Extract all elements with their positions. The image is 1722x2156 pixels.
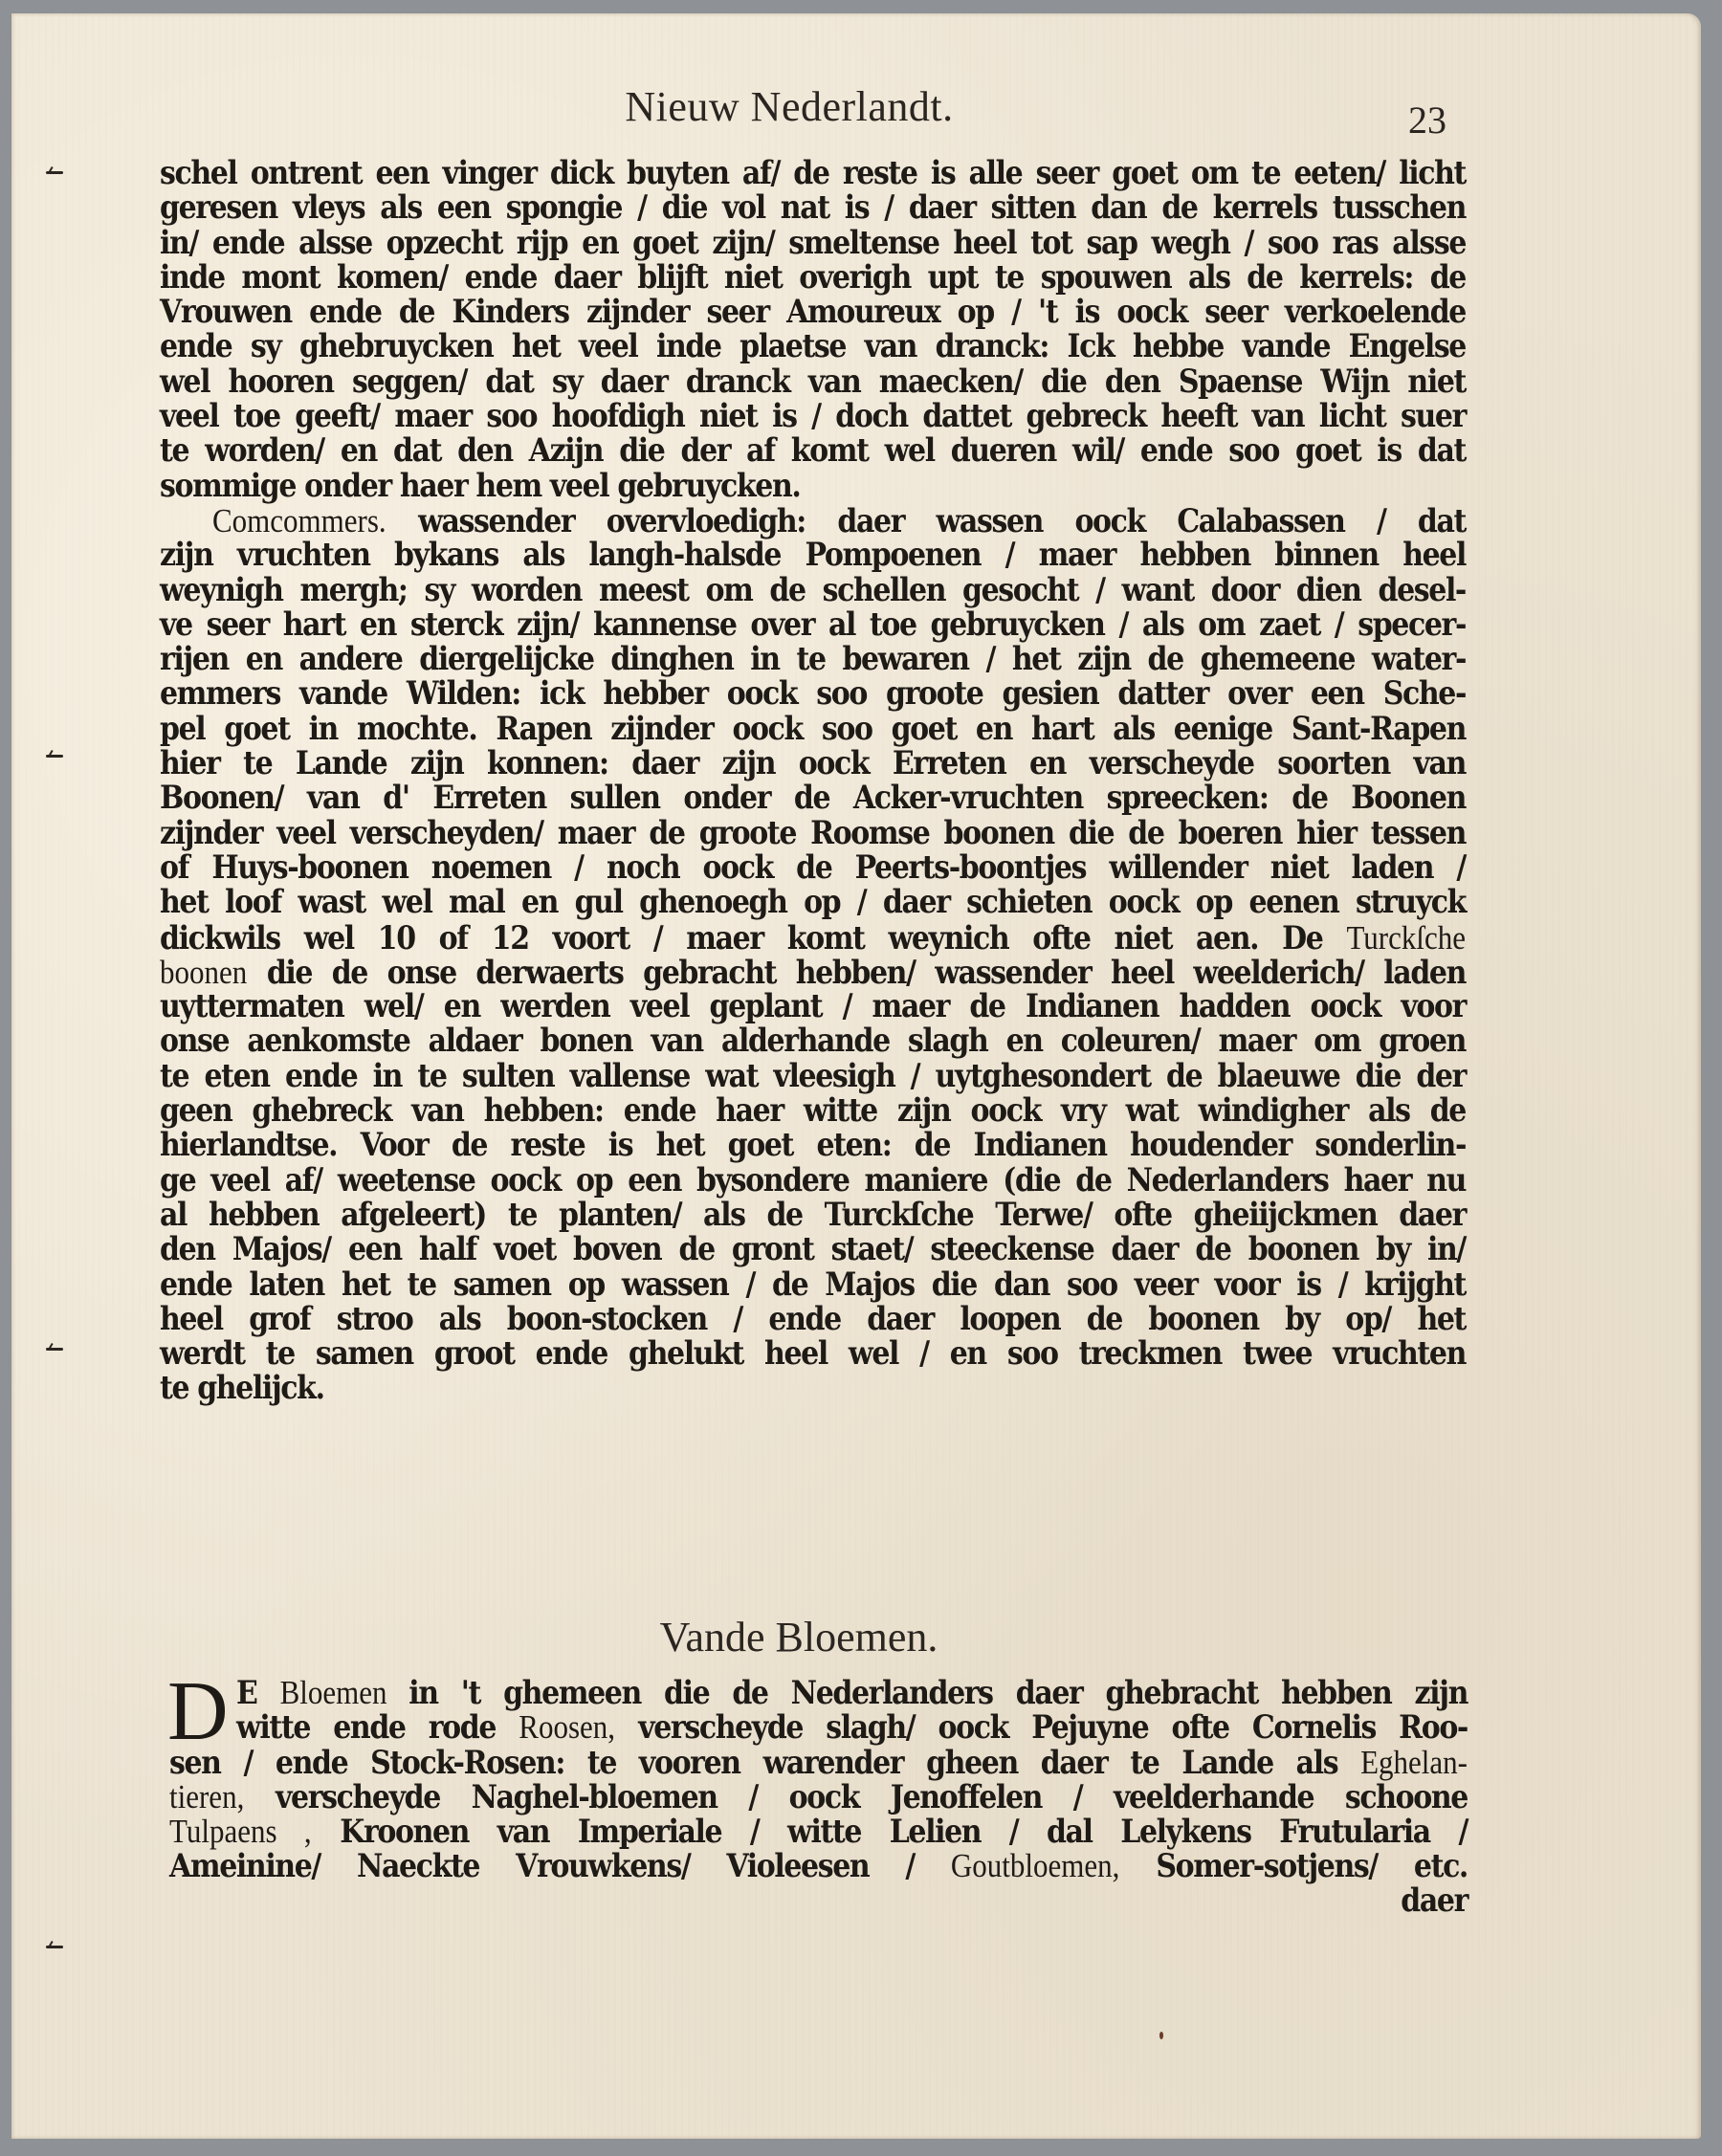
margin-pointer-icon	[46, 171, 63, 174]
text-line: al hebben afgeleert) te planten/ als de …	[160, 1197, 1466, 1236]
section-title: Vande Bloemen.	[660, 1614, 938, 1661]
text-line: geen ghebreck van hebben: ende haer witt…	[160, 1092, 1466, 1132]
flowers-paragraph: D E Bloemen in 't ghemeen die de Nederla…	[169, 1676, 1468, 1919]
paper-speck	[1159, 2032, 1163, 2039]
text-line: Ameinine/ Naeckte Vrouwkens/ Violeesen /…	[169, 1847, 1468, 1886]
text-line: hier te Lande zijn konnen: daer zijn ooc…	[160, 745, 1466, 784]
text-span: verscheyde Naghel-bloemen / oock Jenoffe…	[244, 1779, 1468, 1816]
text-line: E Bloemen in 't ghemeen die de Nederland…	[169, 1674, 1468, 1713]
text-line: pel goet in mochte. Rapen zijnder oock s…	[160, 711, 1466, 750]
text-span: wassender overvloedigh: daer wassen oock…	[418, 503, 1466, 540]
text-line: witte ende rode Roosen, verscheyde slagh…	[169, 1708, 1468, 1748]
text-line: rijen en andere diergelijcke dinghen in …	[160, 641, 1466, 680]
text-line: of Huys-boonen noemen / noch oock de Pee…	[160, 849, 1466, 889]
roman-term: Goutbloemen,	[951, 1847, 1120, 1884]
text-span: sen / ende Stock-Rosen: te vooren warend…	[169, 1745, 1360, 1782]
text-line: tieren, verscheyde Naghel-bloemen / oock…	[169, 1778, 1468, 1817]
text-line: Boonen/ van d' Erreten sullen onder de A…	[160, 780, 1466, 819]
text-line: emmers vande Wilden: ick hebber oock soo…	[160, 675, 1466, 715]
text-span: Ameinine/ Naeckte Vrouwkens/ Violeesen /	[169, 1848, 951, 1885]
section-heading: Vande Bloemen.	[11, 1613, 1701, 1661]
text-line: boonen die de onse derwaerts gebracht he…	[160, 954, 1466, 993]
text-line: ende laten het te samen op wassen / de M…	[160, 1265, 1466, 1305]
text-span: witte ende rode	[236, 1709, 519, 1747]
text-line: geresen vleys als een spongie / die vol …	[160, 189, 1466, 229]
text-line: in/ ende alsse opzecht rijp en goet zijn…	[160, 224, 1466, 263]
text-line: weynigh mergh; sy worden meest om de sch…	[160, 571, 1466, 610]
text-line: te worden/ en dat den Azijn die der af k…	[160, 432, 1466, 472]
text-span: De	[1282, 919, 1322, 957]
text-line: dickwils wel 10 of 12 voort / maer komt …	[160, 918, 1466, 957]
text-line: zijnder veel verscheyden/ maer de groote…	[160, 814, 1466, 853]
text-line: zijn vruchten bykans als langh-halsde Po…	[160, 537, 1466, 576]
roman-term: Turckſche	[1346, 918, 1466, 956]
roman-term: Roosen,	[519, 1708, 615, 1746]
book-page: Nieuw Nederlandt. 23 schel ontrent een v…	[11, 13, 1701, 2139]
roman-term: Bloemen	[280, 1674, 409, 1711]
text-line: te ghelijck.	[160, 1370, 1466, 1409]
roman-term: Tulpaens ,	[169, 1813, 312, 1850]
text-span: verscheyde slagh/ oock Pejuyne ofte Corn…	[615, 1709, 1468, 1747]
roman-term: Comcommers.	[212, 502, 386, 539]
text-line: hierlandtse. Voor de reste is het goet e…	[160, 1127, 1466, 1166]
main-text: schel ontrent een vinger dick buyten af/…	[160, 157, 1466, 1407]
text-line: Comcommers. wassender overvloedigh: daer…	[160, 502, 1466, 541]
text-span: in 't ghemeen die de Nederlanders daer g…	[408, 1675, 1468, 1712]
text-line: sommige onder haer hem veel gebruycken.	[160, 467, 1466, 506]
text-line: veel toe geeft/ maer soo hoofdigh niet i…	[160, 398, 1466, 437]
text-line: te eten ende in te sulten vallense wat v…	[160, 1058, 1466, 1097]
text-line: heel grof stroo als boon-stocken / ende …	[160, 1301, 1466, 1340]
roman-term: boonen	[160, 954, 247, 991]
text-line: sen / ende Stock-Rosen: te vooren warend…	[169, 1743, 1468, 1782]
catchword: daer	[169, 1882, 1468, 1922]
text-span: E	[236, 1675, 280, 1712]
text-line: werdt te samen groot ende ghelukt heel w…	[160, 1335, 1466, 1375]
text-line: het loof wast wel mal en gul ghenoegh op…	[160, 884, 1466, 923]
text-line: ende sy ghebruycken het veel inde plaets…	[160, 328, 1466, 367]
margin-pointer-icon	[46, 1348, 63, 1351]
roman-term: tieren,	[169, 1778, 244, 1815]
page-number: 23	[1408, 98, 1446, 143]
text-line: den Majos/ een half voet boven de gront …	[160, 1231, 1466, 1270]
text-line: uyttermaten wel/ en werden veel geplant …	[160, 988, 1466, 1027]
text-line: ge veel af/ weetense oock op een bysonde…	[160, 1161, 1466, 1200]
text-line: Tulpaens , Kroonen van Imperiale / witte…	[169, 1813, 1468, 1852]
running-head: Nieuw Nederlandt.	[11, 82, 1701, 131]
text-line: ve seer hart en sterck zijn/ kannense ov…	[160, 606, 1466, 646]
text-line: inde mont komen/ ende daer blijft niet o…	[160, 259, 1466, 298]
text-line: schel ontrent een vinger dick buyten af/…	[160, 155, 1466, 194]
text-line: Vrouwen ende de Kinders zijnder seer Amo…	[160, 294, 1466, 333]
text-line: onse aenkomste aldaer bonen van alderhan…	[160, 1023, 1466, 1062]
margin-pointer-icon	[46, 755, 63, 758]
text-span: Somer-sotjens/ etc.	[1119, 1848, 1468, 1885]
text-span: die de onse derwaerts gebracht hebben/ w…	[267, 955, 1466, 992]
text-span: dickwils wel 10 of 12 voort / maer komt …	[160, 919, 1258, 957]
text-span: Kroonen van Imperiale / witte Lelien / d…	[312, 1814, 1468, 1851]
roman-term: Eghelan-	[1360, 1743, 1468, 1780]
running-title: Nieuw Nederlandt.	[625, 83, 953, 130]
margin-pointer-icon	[46, 1946, 63, 1948]
text-line: wel hooren seggen/ dat sy daer dranck va…	[160, 363, 1466, 403]
